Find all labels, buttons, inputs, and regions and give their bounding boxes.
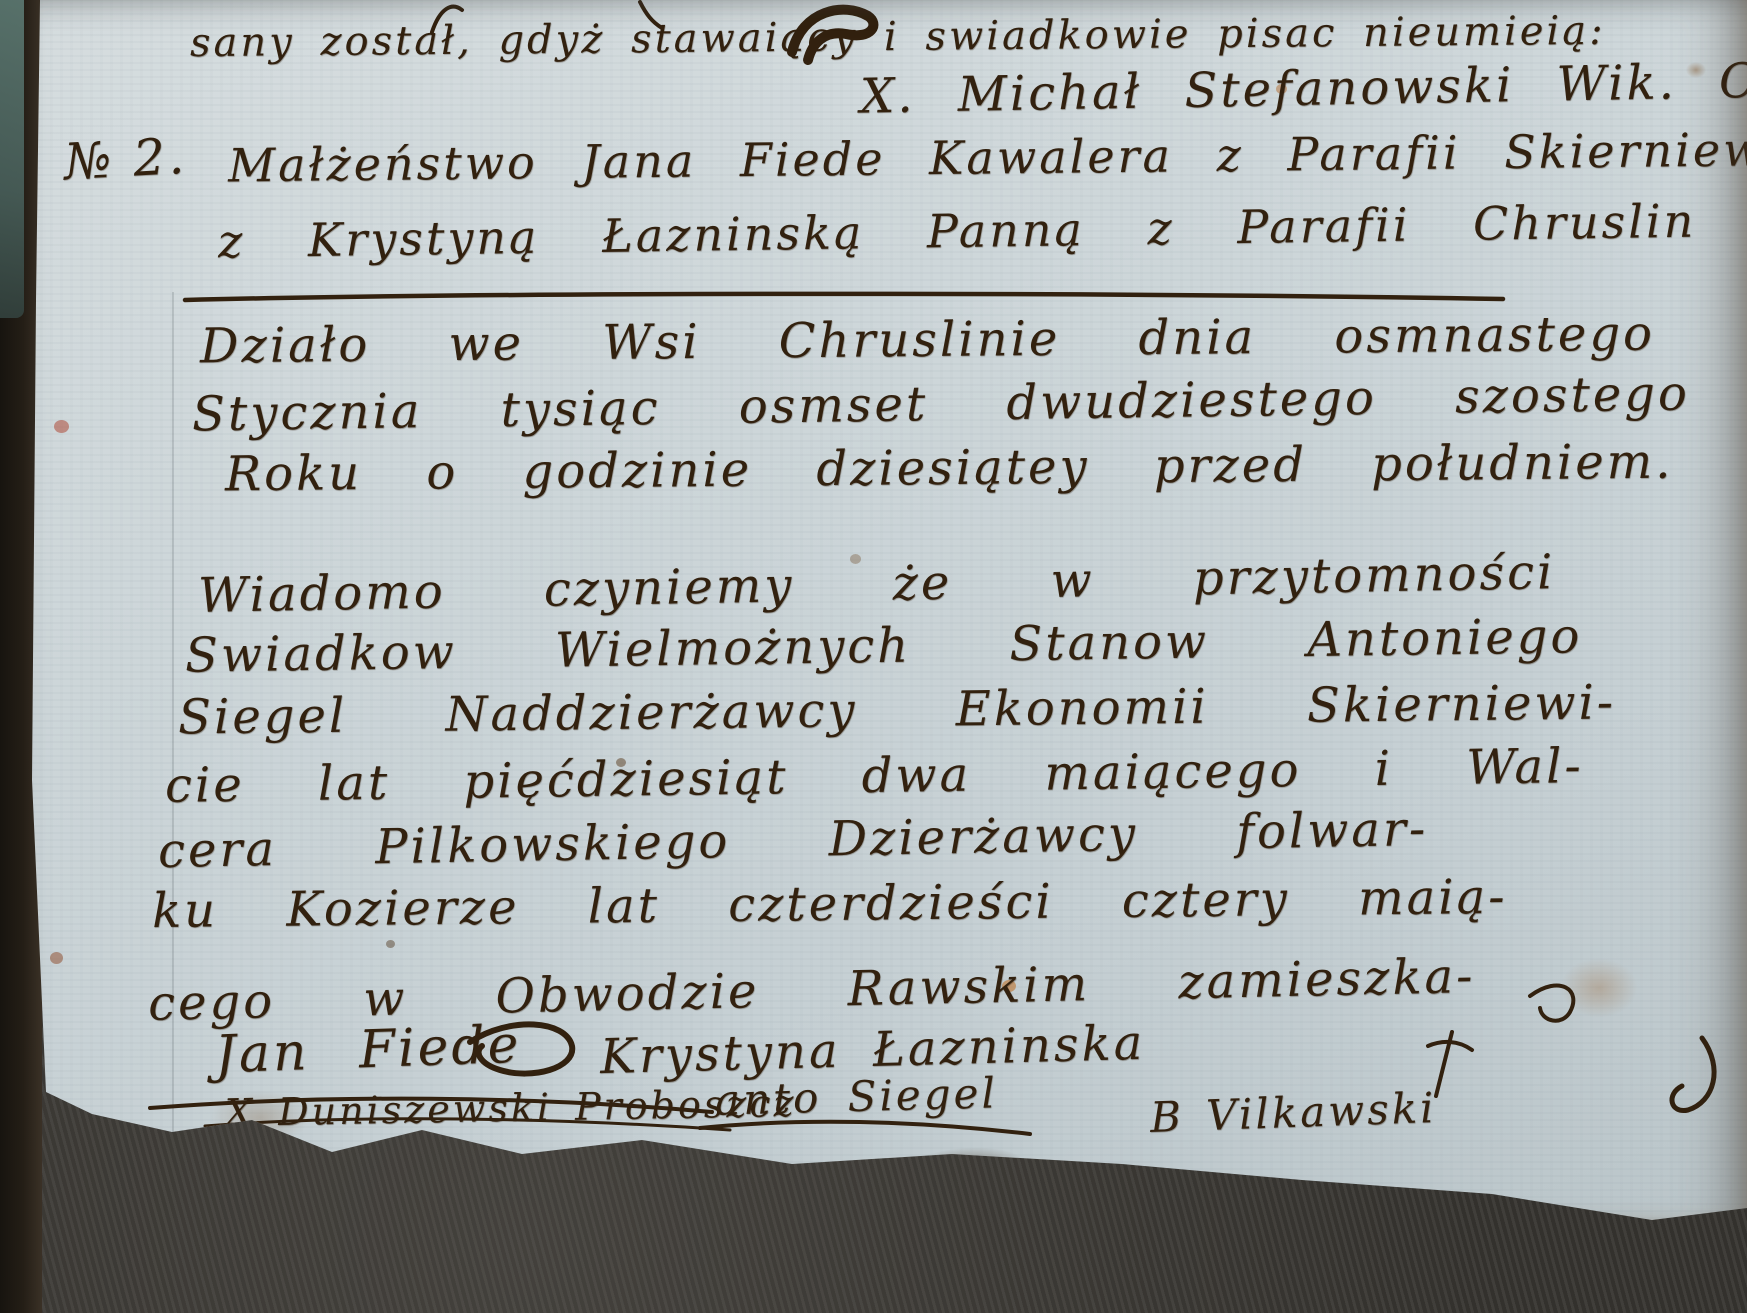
- cover-cloth-edge: [0, 0, 24, 318]
- scanned-register-photo: sany został, gdyż stawaiący i swiadkowie…: [0, 0, 1747, 1313]
- paper-edge-shading: [0, 0, 1747, 1240]
- register-page-paper: sany został, gdyż stawaiący i swiadkowie…: [0, 0, 1747, 1240]
